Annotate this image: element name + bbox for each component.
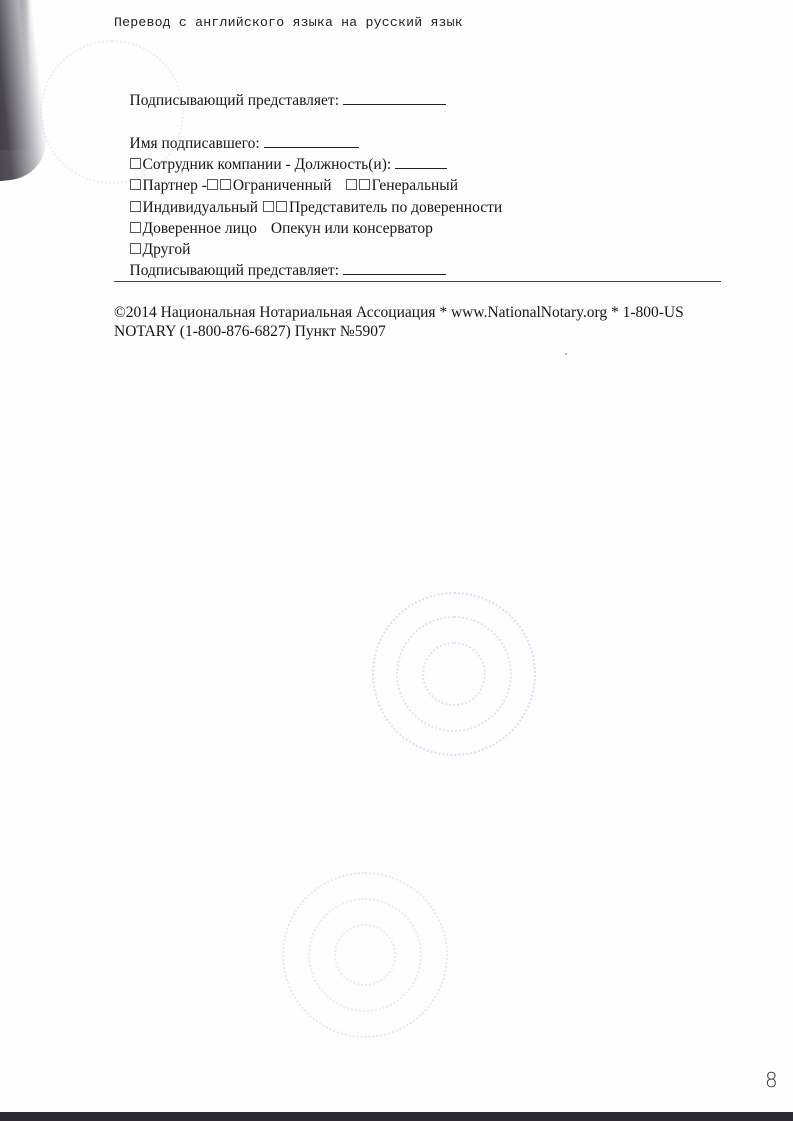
notary-seal-stamp (372, 592, 536, 756)
document-page: Перевод с английского языка на русский я… (0, 0, 793, 1112)
signer-represents-label-2: Подписывающий представляет: (130, 262, 340, 279)
guardian-label: Опекун или консерватор (271, 220, 433, 237)
page-number: 8 (765, 1068, 778, 1092)
signer-represents-blank-2[interactable] (343, 273, 446, 275)
scan-speck (565, 353, 567, 355)
footer-line-1: ©2014 Национальная Нотариальная Ассоциац… (114, 303, 734, 322)
copyright-footer: ©2014 Национальная Нотариальная Ассоциац… (114, 303, 734, 341)
footer-line-2: NOTARY (1-800-876-6827) Пункт №5907 (114, 322, 734, 341)
divider-line (114, 281, 721, 282)
translation-header: Перевод с английского языка на русский я… (114, 15, 463, 30)
signer-represents-label: Подписывающий представляет: (130, 92, 340, 109)
scan-bottom-edge (0, 1112, 793, 1121)
signer-represents-blank[interactable] (343, 103, 446, 105)
signer-represents-line-2: Подписывающий представляет: (114, 244, 446, 298)
notary-seal-stamp-faint (282, 872, 448, 1038)
